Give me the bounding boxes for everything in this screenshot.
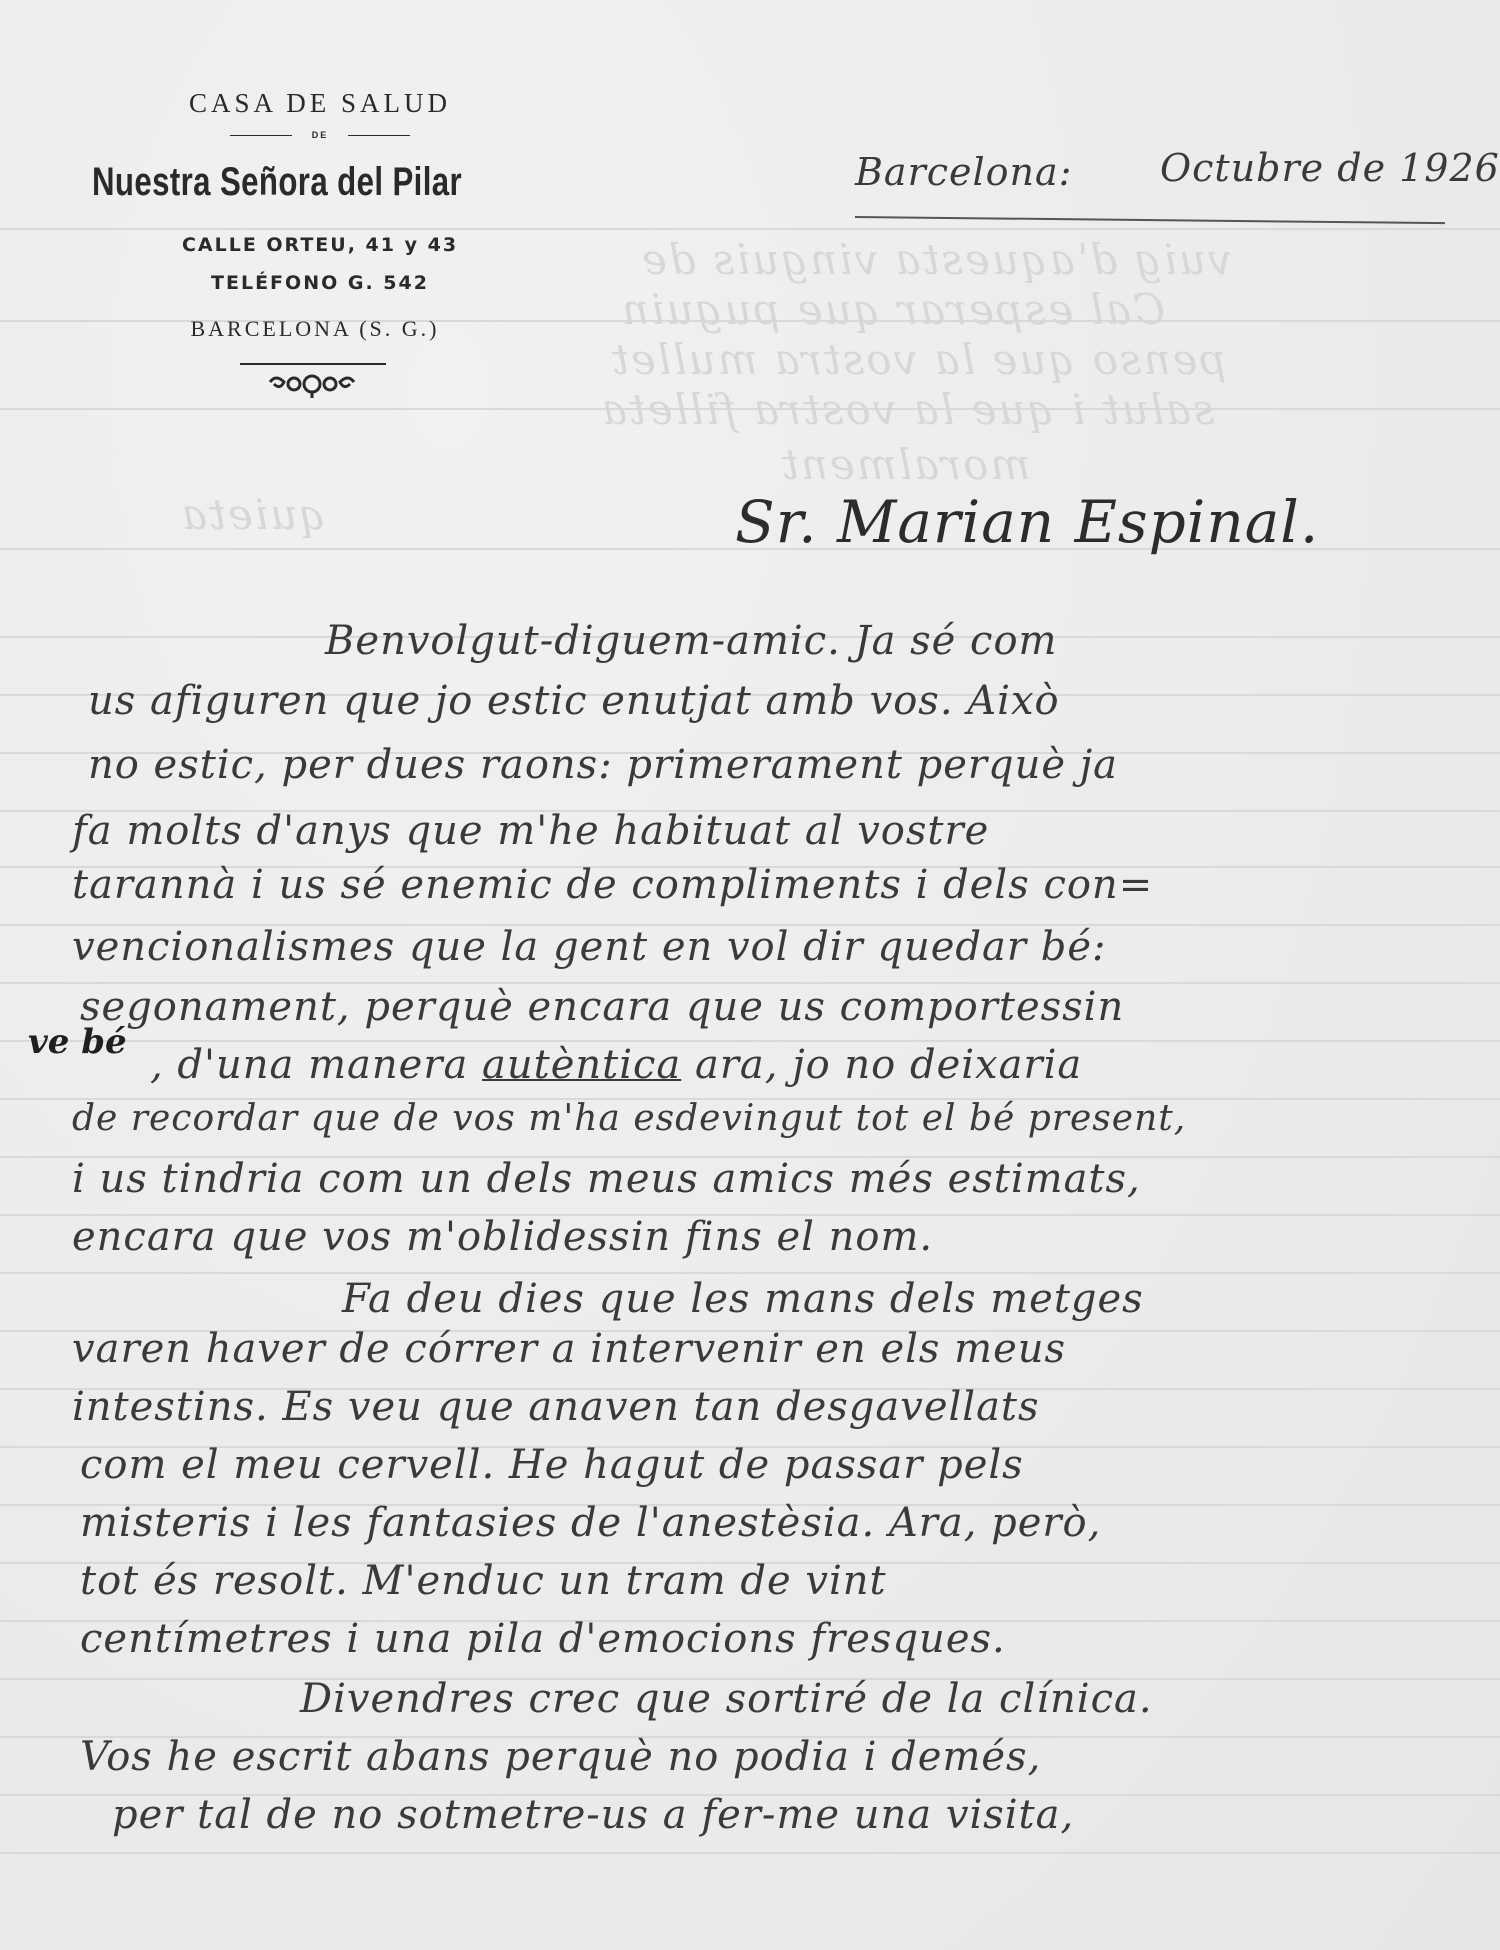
divider-line <box>348 135 410 136</box>
place-text: Barcelona: <box>855 150 1072 194</box>
letterhead-title: CASA DE SALUD <box>160 88 480 119</box>
divider-line <box>230 135 292 136</box>
date-text: Octubre de 1926 <box>1160 146 1500 190</box>
letterhead-institution-name: Nuestra Señora del Pilar <box>92 160 443 205</box>
body-line: no estic, per dues raons: primerament pe… <box>88 742 1118 788</box>
body-line: us afiguren que jo estic enutjat amb vos… <box>88 678 1060 724</box>
body-line: encara que vos m'oblidessin fins el nom. <box>72 1214 933 1260</box>
body-line: varen haver de córrer a intervenir en el… <box>72 1326 1066 1372</box>
body-line: centímetres i una pila d'emocions fresqu… <box>80 1616 1006 1662</box>
bleed-through-text: quieta <box>180 490 326 539</box>
body-line: com el meu cervell. He hagut de passar p… <box>80 1442 1024 1488</box>
body-line: , d'una manera autèntica ara, jo no deix… <box>150 1042 1082 1088</box>
body-line: misteris i les fantasies de l'anestèsia.… <box>80 1500 1101 1546</box>
ruled-line <box>0 1852 1500 1854</box>
body-line: Benvolgut-diguem-amic. Ja sé com <box>325 618 1057 664</box>
bleed-through-text: Cal esperar que puguin <box>620 285 1165 334</box>
bleed-through-text: penso que la vostra mullet <box>610 335 1226 384</box>
letterhead-address: CALLE ORTEU, 41 y 43 <box>150 234 490 256</box>
ruled-line <box>0 1272 1500 1274</box>
bleed-through-text: vuig d'aquesta vinguis de <box>640 235 1232 284</box>
body-line: Vos he escrit abans perquè no podia i de… <box>80 1734 1041 1780</box>
body-line: per tal de no sotmetre-us a fer-me una v… <box>112 1792 1074 1838</box>
bleed-through-text: salut i que la vostra filleta <box>600 385 1215 434</box>
body-line: de recordar que de vos m'ha esdevingut t… <box>72 1098 1186 1139</box>
letterhead-de-row: DE <box>230 128 410 142</box>
underlined-word: autèntica <box>482 1042 681 1088</box>
body-line: fa molts d'anys que m'he habituat al vos… <box>72 808 989 854</box>
body-line: i us tindria com un dels meus amics més … <box>72 1156 1141 1202</box>
body-line: segonament, perquè encara que us comport… <box>80 984 1124 1030</box>
letterhead-city: BARCELONA (S. G.) <box>140 316 490 342</box>
body-line: Fa deu dies que les mans dels metges <box>342 1276 1144 1322</box>
body-line-part: , d'una manera <box>150 1042 482 1088</box>
body-line: vencionalismes que la gent en vol dir qu… <box>72 924 1106 970</box>
letterhead-phone: TELÉFONO G. 542 <box>170 272 470 294</box>
body-line: tot és resolt. M'enduc un tram de vint <box>80 1558 887 1604</box>
letterhead-de: DE <box>312 130 329 140</box>
body-line: Divendres crec que sortiré de la clínica… <box>300 1676 1153 1722</box>
letterhead-rule <box>240 363 386 365</box>
body-line-part: ara, jo no deixaria <box>681 1042 1082 1088</box>
body-line: intestins. Es veu que anaven tan desgave… <box>72 1384 1040 1430</box>
bleed-through-text: moralment <box>780 440 1030 489</box>
scroll-ornament-icon <box>262 370 362 400</box>
body-line: tarannà i us sé enemic de compliments i … <box>72 862 1153 908</box>
ruled-line <box>0 228 1500 230</box>
addressee: Sr. Marian Espinal. <box>735 488 1319 556</box>
